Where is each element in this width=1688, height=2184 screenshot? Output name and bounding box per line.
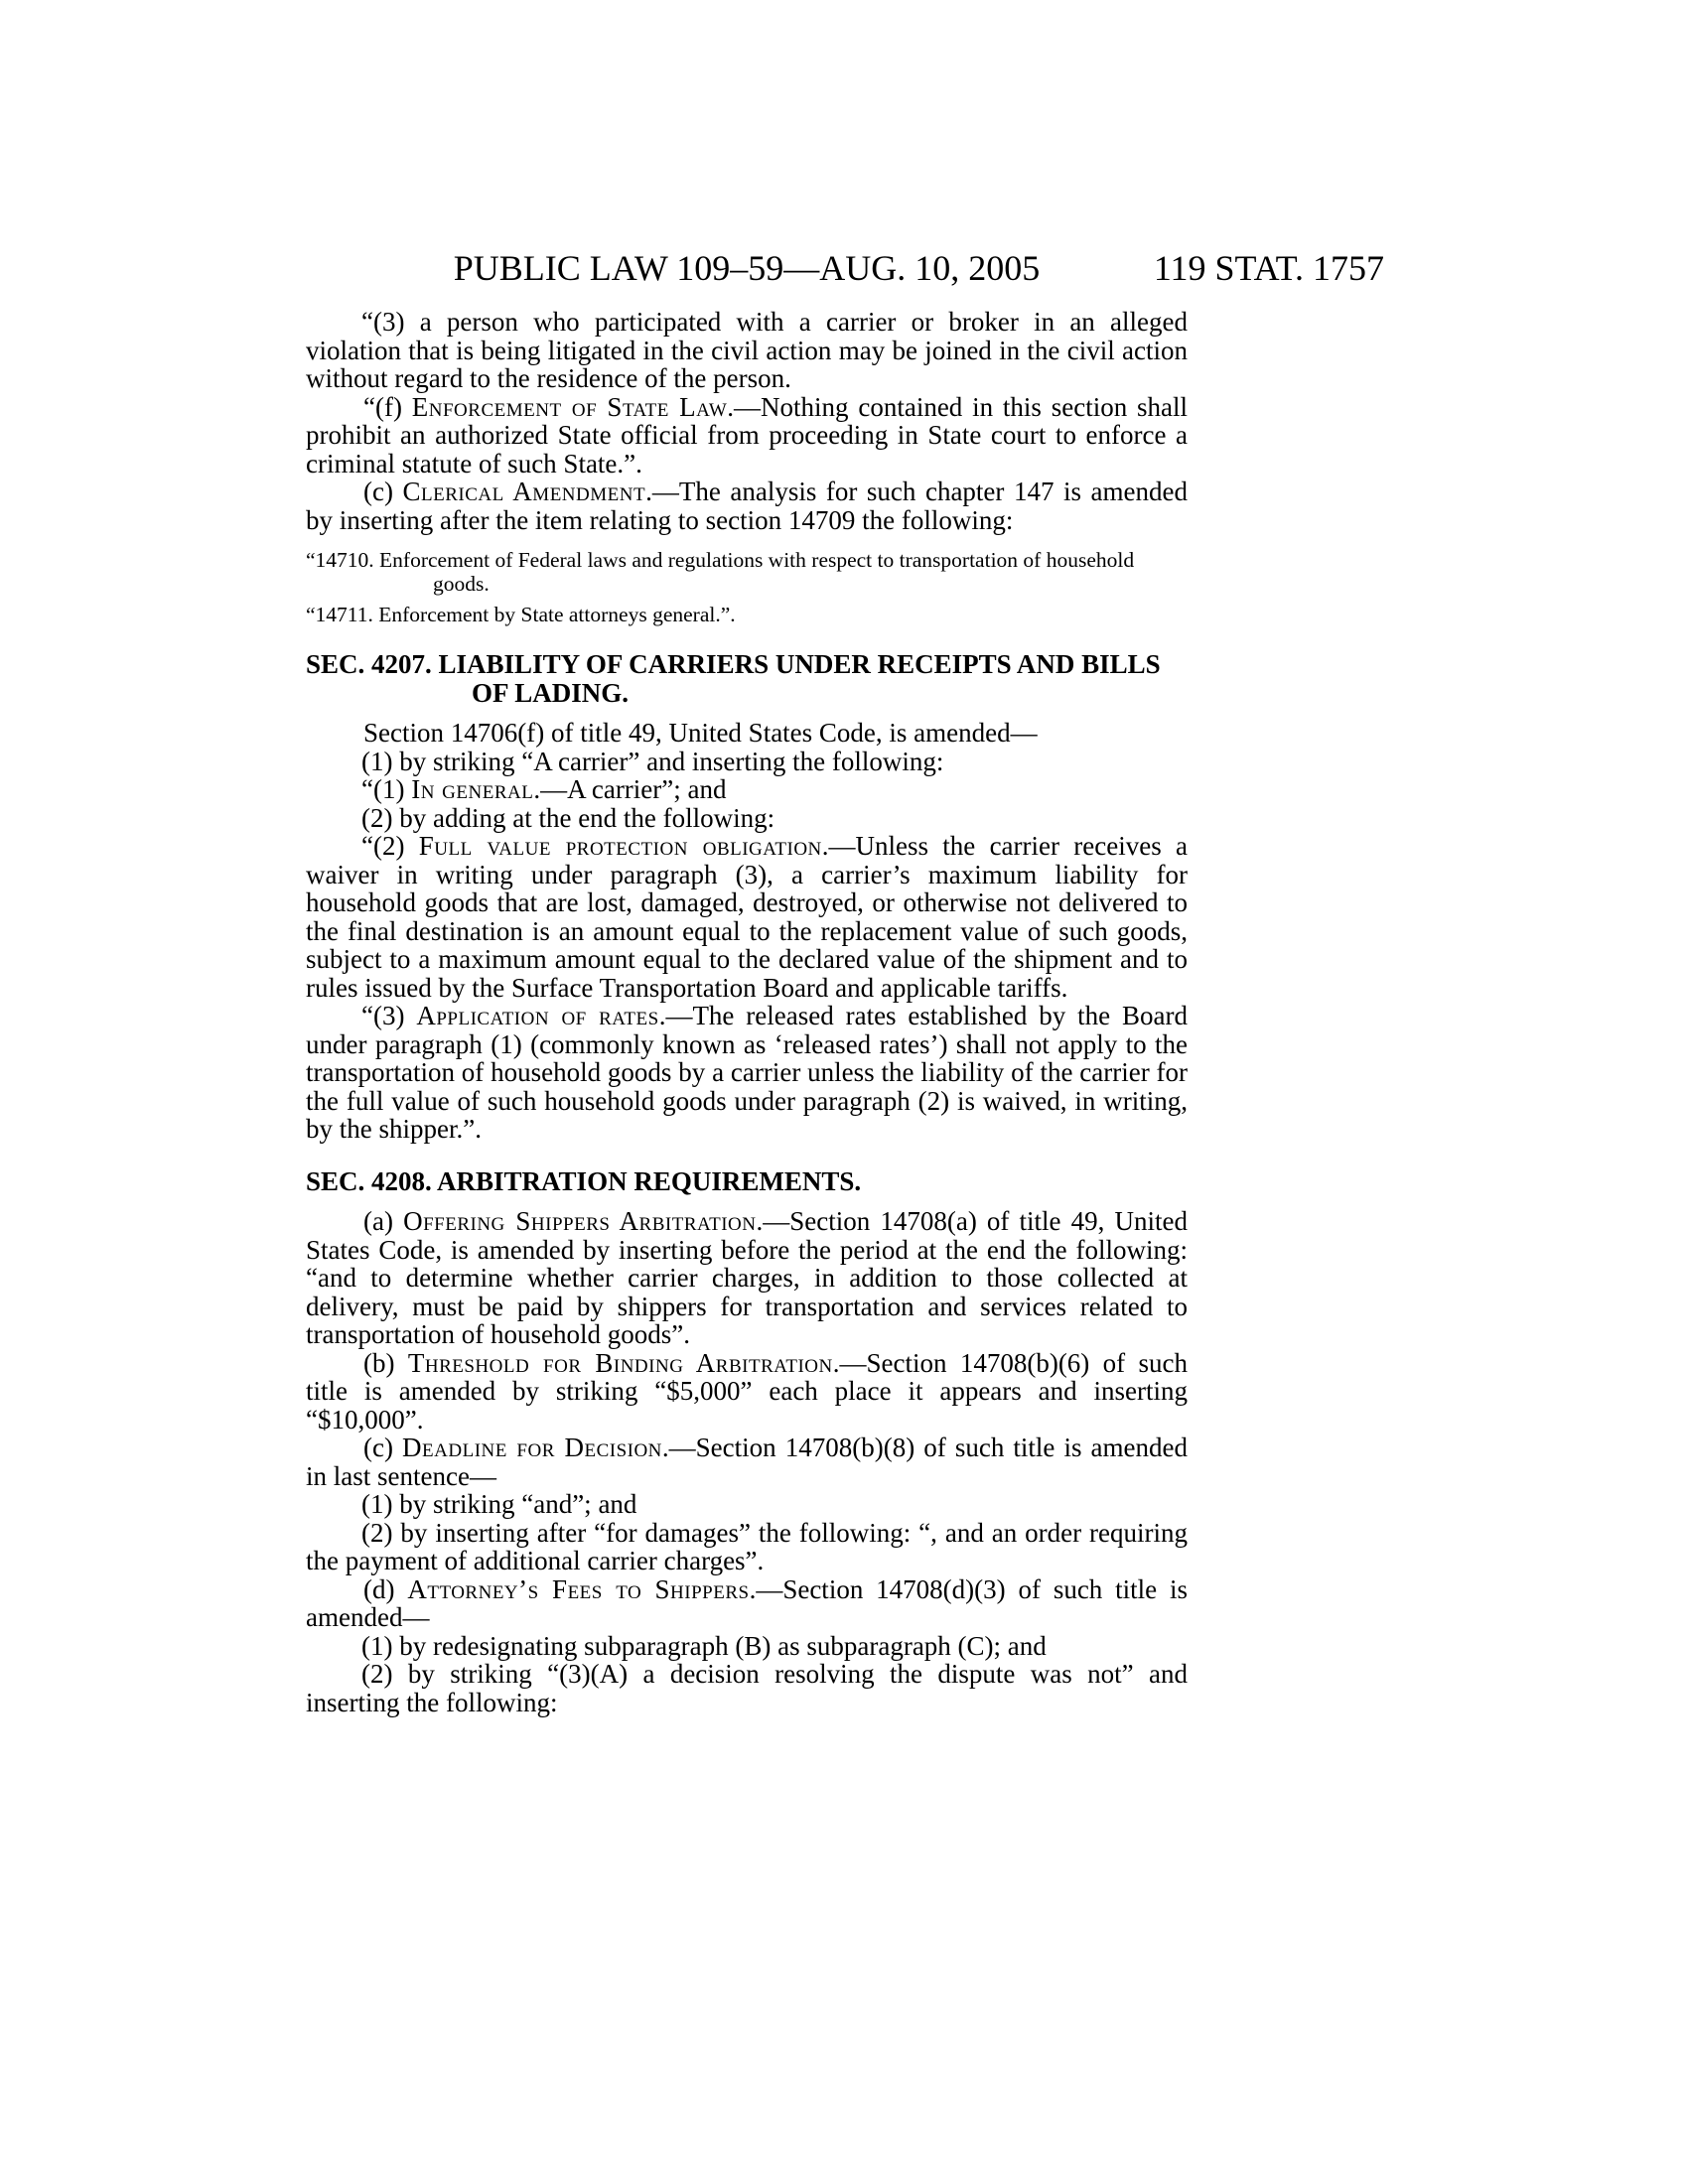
paragraph-4208-d1: (1) by redesignating subparagraph (B) as… — [306, 1632, 1188, 1661]
statute-page: PUBLIC LAW 109–59—AUG. 10, 2005 119 STAT… — [0, 0, 1688, 2184]
paragraph-4207-2: (2) by adding at the end the following: — [306, 804, 1188, 833]
paragraph-4208-c1: (1) by striking “and”; and — [306, 1490, 1188, 1519]
paragraph-4208-c2: (2) by inserting after “for damages” the… — [306, 1519, 1188, 1575]
paragraph-4207-quoted-2-full-value-protection: “(2) Full value protection obligation.—U… — [306, 832, 1188, 1002]
analysis-item-14710: “14710. Enforcement of Federal laws and … — [306, 548, 1188, 596]
paragraph-4207-quoted-1-in-general: “(1) In general.—A carrier”; and — [306, 775, 1188, 804]
paragraph-quoted-f-enforcement-of-state-law: “(f) Enforcement of State Law.—Nothing c… — [306, 393, 1188, 478]
paragraph-c-clerical-amendment: (c) Clerical Amendment.—The analysis for… — [306, 478, 1188, 534]
paragraph-4207-quoted-3-application-of-rates: “(3) Application of rates.—The released … — [306, 1002, 1188, 1144]
paragraph-4208-d2: (2) by striking “(3)(A) a decision resol… — [306, 1660, 1188, 1716]
document-body: “(3) a person who participated with a ca… — [306, 308, 1188, 1716]
analysis-item-14711: “14711. Enforcement by State attorneys g… — [306, 603, 1188, 626]
section-heading-4207: SEC. 4207. LIABILITY OF CARRIERS UNDER R… — [306, 650, 1188, 707]
paragraph-quoted-3: “(3) a person who participated with a ca… — [306, 308, 1188, 393]
running-head: PUBLIC LAW 109–59—AUG. 10, 2005 119 STAT… — [306, 248, 1384, 288]
paragraph-4207-intro: Section 14706(f) of title 49, United Sta… — [306, 719, 1188, 748]
paragraph-4208-b-threshold-binding-arbitration: (b) Threshold for Binding Arbitration.—S… — [306, 1349, 1188, 1434]
paragraph-4208-c-deadline-for-decision: (c) Deadline for Decision.—Section 14708… — [306, 1433, 1188, 1490]
section-heading-4208: SEC. 4208. ARBITRATION REQUIREMENTS. — [306, 1167, 1188, 1196]
stat-page-number: 119 STAT. 1757 — [1154, 248, 1384, 288]
paragraph-4207-1: (1) by striking “A carrier” and insertin… — [306, 748, 1188, 776]
paragraph-4208-a-offering-shippers-arbitration: (a) Offering Shippers Arbitration.—Secti… — [306, 1207, 1188, 1349]
public-law-header: PUBLIC LAW 109–59—AUG. 10, 2005 — [306, 248, 1188, 288]
paragraph-4208-d-attorneys-fees: (d) Attorney’s Fees to Shippers.—Section… — [306, 1575, 1188, 1632]
